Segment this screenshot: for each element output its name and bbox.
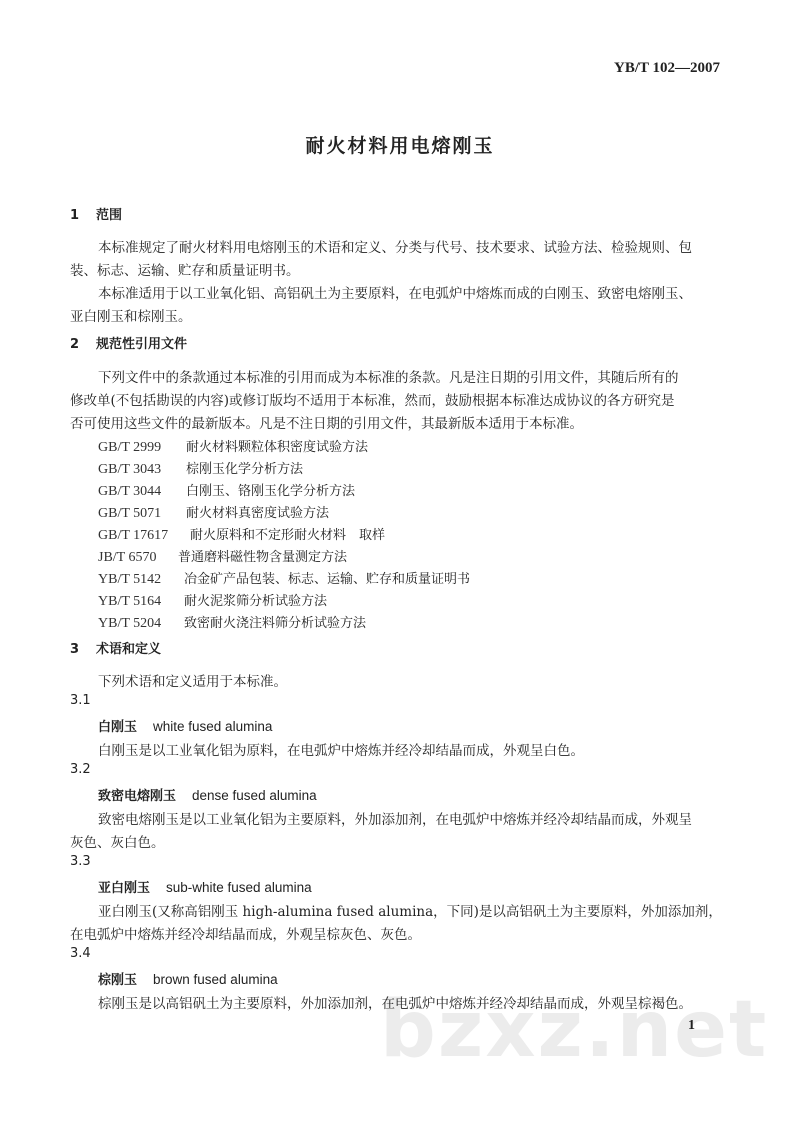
paragraph-line: 装、标志、运输、贮存和质量证明书。: [70, 259, 300, 279]
reference-item: YB/T 5164耐火泥浆筛分析试验方法: [98, 590, 327, 610]
term-number: 3.3: [70, 854, 91, 869]
term-definition: 白刚玉是以工业氧化铝为原料，在电弧炉中熔炼并经冷却结晶而成，外观呈白色。: [98, 739, 584, 759]
reference-item: YB/T 5204致密耐火浇注料筛分析试验方法: [98, 612, 366, 632]
paragraph-line: 否可使用这些文件的最新版本。凡是不注日期的引用文件，其最新版本适用于本标准。: [70, 412, 583, 432]
reference-item: YB/T 5142冶金矿产品包装、标志、运输、贮存和质量证明书: [98, 568, 470, 588]
section-heading-3: 3术语和定义: [70, 638, 161, 657]
section-heading-2: 2规范性引用文件: [70, 333, 187, 352]
reference-item: GB/T 3044白刚玉、铬刚玉化学分析方法: [98, 480, 355, 500]
paragraph-line: 本标准规定了耐火材料用电熔刚玉的术语和定义、分类与代号、技术要求、试验方法、检验…: [98, 236, 692, 256]
document-title: 耐火材料用电熔刚玉: [0, 131, 800, 158]
term-number: 3.4: [70, 946, 91, 961]
term-definition: 在电弧炉中熔炼并经冷却结晶而成，外观呈棕灰色、灰色。: [70, 923, 421, 943]
term-heading: 棕刚玉brown fused alumina: [98, 969, 278, 988]
reference-item: JB/T 6570普通磨料磁性物含量测定方法: [98, 546, 347, 566]
document-page: bzxz.net YB/T 102—2007 耐火材料用电熔刚玉 1范围 本标准…: [0, 0, 800, 1134]
term-heading: 亚白刚玉sub-white fused alumina: [98, 877, 312, 896]
section-intro: 下列术语和定义适用于本标准。: [98, 670, 287, 690]
reference-item: GB/T 3043棕刚玉化学分析方法: [98, 458, 303, 478]
paragraph-line: 亚白刚玉和棕刚玉。: [70, 305, 192, 325]
term-number: 3.2: [70, 762, 91, 777]
reference-item: GB/T 5071耐火材料真密度试验方法: [98, 502, 329, 522]
standard-code: YB/T 102—2007: [614, 60, 720, 77]
page-number: 1: [688, 1018, 695, 1034]
section-heading-1: 1范围: [70, 204, 122, 223]
term-heading: 白刚玉white fused alumina: [98, 716, 272, 735]
term-definition: 亚白刚玉(又称高铝刚玉 high-alumina fused alumina，下…: [98, 900, 722, 920]
reference-item: GB/T 2999耐火材料颗粒体积密度试验方法: [98, 436, 368, 456]
term-definition: 棕刚玉是以高铝矾土为主要原料，外加添加剂，在电弧炉中熔炼并经冷却结晶而成，外观呈…: [98, 992, 692, 1012]
reference-item: GB/T 17617耐火原料和不定形耐火材料 取样: [98, 524, 385, 544]
term-definition: 致密电熔刚玉是以工业氧化铝为主要原料，外加添加剂，在电弧炉中熔炼并经冷却结晶而成…: [98, 808, 692, 828]
term-heading: 致密电熔刚玉dense fused alumina: [98, 785, 317, 804]
term-number: 3.1: [70, 693, 91, 708]
paragraph-line: 本标准适用于以工业氧化铝、高铝矾土为主要原料，在电弧炉中熔炼而成的白刚玉、致密电…: [98, 282, 692, 302]
term-definition: 灰色、灰白色。: [70, 831, 165, 851]
paragraph-line: 修改单(不包括勘误的内容)或修订版均不适用于本标准，然而，鼓励根据本标准达成协议…: [70, 389, 675, 409]
paragraph-line: 下列文件中的条款通过本标准的引用而成为本标准的条款。凡是注日期的引用文件，其随后…: [98, 366, 679, 386]
